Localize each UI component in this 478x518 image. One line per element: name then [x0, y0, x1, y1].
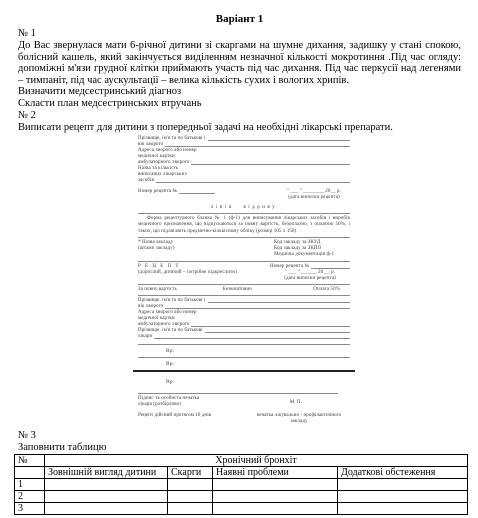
divider: [138, 344, 350, 345]
task2-text: Виписати рецепт для дитини з попередньої…: [18, 122, 461, 134]
divider: [138, 213, 350, 214]
empty-cell: [338, 479, 468, 491]
table-group-header: Хронічний бронхіт: [45, 455, 468, 467]
divider: [138, 237, 350, 238]
payment-options-row: За повну вартість Безкоштовно Оплата 50%: [138, 287, 350, 293]
payment-free-label: Безкоштовно: [223, 287, 291, 293]
table-header-problems: Наявні проблеми: [213, 467, 338, 479]
divider: [138, 393, 338, 394]
stub-date-block: " ___ " ________ 20__ р. (дата виписки р…: [278, 189, 350, 201]
thick-divider: [133, 370, 355, 372]
prescription-form: Прізвище, ім'я та по батькові і вік хвор…: [138, 136, 350, 425]
seal-block: печатка лікувально - профілактичного зак…: [254, 413, 344, 425]
table-header-exams: Додаткові обстеження: [338, 467, 468, 479]
bronchitis-table: № Хронічний бронхіт Зовнішній вигляд дит…: [14, 454, 468, 515]
institution-name-caption: (штамп закладу): [138, 246, 175, 252]
blank-line: [165, 308, 350, 309]
recept-subtitle: (дорослий, дитячий – потрібне підкреслит…: [138, 270, 237, 276]
empty-cell: [338, 503, 468, 515]
task3-label: № 3: [18, 430, 461, 442]
table-header-appearance: Зовнішній вигляд дитини: [45, 467, 168, 479]
medical-doc-label: Медична документація ф-1: [274, 252, 350, 258]
task3-text: Заповнити таблицю: [18, 442, 461, 454]
blank-line: [311, 268, 350, 269]
institution-block: * Назва закладу (штамп закладу): [138, 240, 175, 252]
divider: [138, 295, 350, 296]
blank-line: [205, 332, 350, 333]
task1-subtask-a: Визначити медсестринський діагноз: [18, 86, 461, 98]
empty-cell: [213, 503, 338, 515]
task1-subtask-b: Скласти план медсестринських втручань: [18, 98, 461, 110]
empty-cell: [168, 491, 213, 503]
empty-cell: [213, 491, 338, 503]
validity-row: Рецепт дійсний протягом 10 днів печатка …: [138, 413, 350, 425]
table-header-complaints: Скарги: [168, 467, 213, 479]
blank-line: [179, 193, 215, 194]
stub-number-label: Номер рецепта №: [138, 189, 177, 195]
payment-full-label: За повну вартість: [138, 287, 223, 293]
stamp-place-label: М. П.: [290, 400, 302, 406]
seal-label-1: печатка лікувально - профілактичного: [254, 413, 344, 419]
stub-date-caption: (дата виписки рецепта): [278, 195, 350, 201]
empty-cell: [45, 491, 168, 503]
table-row: 3: [15, 503, 468, 515]
stub-drugs-label-3: засобів: [138, 178, 154, 184]
institution-codes: Код закладу за ЗКУД Код закладу за ЗКПО …: [274, 240, 350, 259]
signature-label-1: Підпис та особиста печатка: [138, 396, 199, 402]
rp-label-2: Rp:: [166, 361, 350, 367]
empty-cell: [45, 479, 168, 491]
rp-label-1: Rp:: [166, 348, 350, 354]
divider: [138, 261, 350, 262]
blank-line: [154, 338, 350, 339]
rp-label-3: Rp:: [166, 379, 350, 385]
table-row: 1: [15, 479, 468, 491]
blank-line: [156, 182, 350, 183]
divider: [138, 284, 350, 285]
document-page: Варіант 1 № 1 До Вас звернулася мати 6-р…: [0, 0, 478, 518]
table-header-row: Зовнішній вигляд дитини Скарги Наявні пр…: [15, 467, 468, 479]
tear-off-line-label: лінія відриву: [138, 205, 350, 211]
payment-half-label: Оплата 50%: [291, 287, 350, 293]
empty-cell: [45, 503, 168, 515]
table-row: 2: [15, 491, 468, 503]
blank-line: [165, 146, 350, 147]
empty-cell: [168, 479, 213, 491]
blank-line: [191, 326, 350, 327]
empty-cell: [168, 503, 213, 515]
doctor-name-label-2: лікаря: [138, 334, 152, 340]
institution-row: * Назва закладу (штамп закладу) Код закл…: [138, 240, 350, 259]
seal-label-2: закладу: [254, 419, 344, 425]
signature-block: Підпис та особиста печатка лікаря (розбі…: [138, 396, 199, 408]
recept-date-caption: (дата виписки рецепта): [270, 276, 350, 282]
recept-number-label: Номер рецепта №: [270, 264, 309, 270]
empty-cell: [213, 479, 338, 491]
divider: [138, 357, 350, 358]
table-header-empty: [15, 467, 45, 479]
validity-label: Рецепт дійсний протягом 10 днів: [138, 413, 211, 419]
blank-line: [208, 302, 351, 303]
table-group-header-row: № Хронічний бронхіт: [15, 455, 468, 467]
row-number-cell: 2: [15, 491, 45, 503]
form-fine-print: Форма рецептурного бланка № 1 (ф-1) для …: [138, 216, 350, 235]
patient-age-label: вік хворого: [138, 304, 163, 310]
table-corner-cell: №: [15, 455, 45, 467]
patient-block: Прізвище, ім'я та по батькові і вік хвор…: [138, 298, 350, 340]
blank-line: [191, 164, 350, 165]
prescription-stub: Прізвище, ім'я та по батькові і вік хвор…: [138, 136, 350, 211]
task2-label: № 2: [18, 110, 461, 122]
recept-row: Р Е Ц Е П Т (дорослий, дитячий – потрібн…: [138, 264, 350, 282]
row-number-cell: 1: [15, 479, 45, 491]
blank-line: [208, 140, 351, 141]
signature-label-2: лікаря (розбірливо): [138, 402, 199, 408]
recept-number-block: Номер рецепта № " ___ " ______ 20 __ р. …: [270, 264, 350, 282]
recept-title-block: Р Е Ц Е П Т (дорослий, дитячий – потрібн…: [138, 264, 237, 276]
task1-text: До Вас звернулася мати 6-річної дитини з…: [18, 40, 461, 86]
row-number-cell: 3: [15, 503, 45, 515]
empty-cell: [338, 491, 468, 503]
page-title: Варіант 1: [18, 13, 461, 25]
task1-label: № 1: [18, 28, 461, 40]
signature-row: Підпис та особиста печатка лікаря (розбі…: [138, 396, 350, 408]
